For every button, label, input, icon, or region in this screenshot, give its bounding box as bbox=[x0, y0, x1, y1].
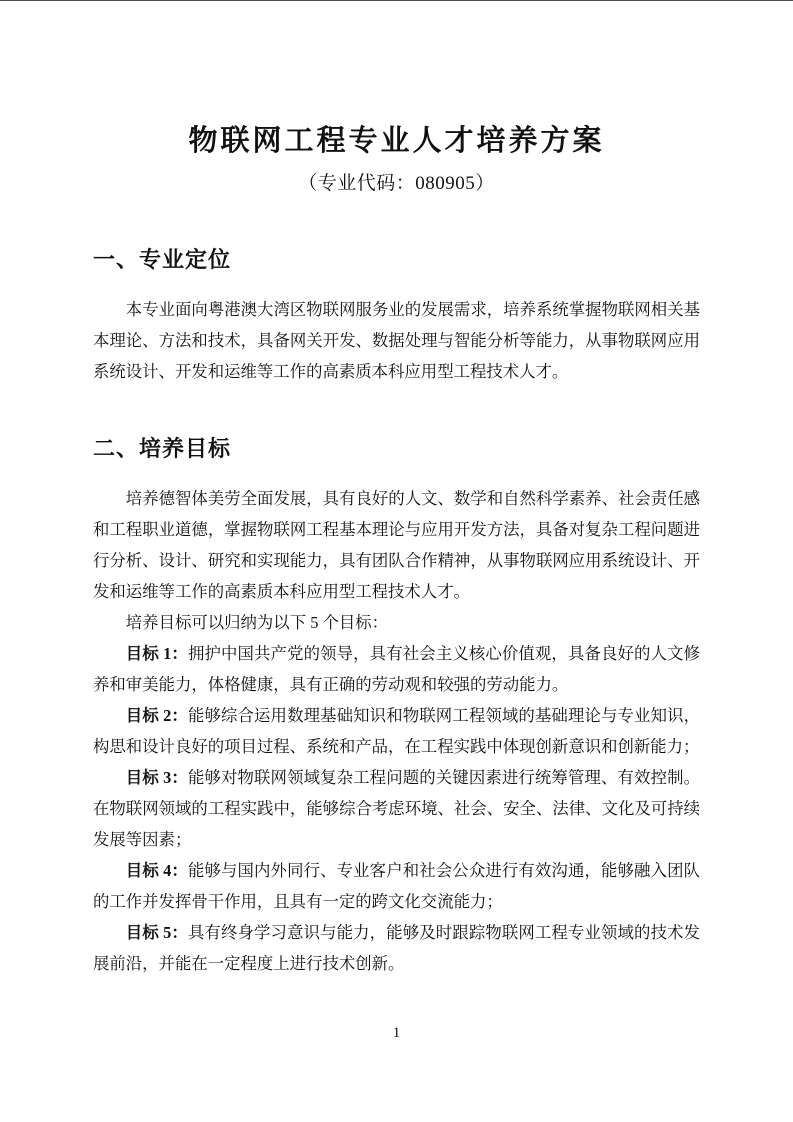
goal-5-label: 目标 5： bbox=[126, 923, 188, 942]
document-subtitle: （专业代码：080905） bbox=[93, 170, 700, 198]
paragraph-objectives-body: 培养德智体美劳全面发展，具有良好的人文、数学和自然科学素养、社会责任感和工程职业… bbox=[93, 483, 700, 607]
goal-item-1: 目标 1：拥护中国共产党的领导，具有社会主义核心价值观，具备良好的人文修养和审美… bbox=[93, 638, 700, 700]
section-heading-objectives: 二、培养目标 bbox=[93, 433, 700, 465]
paragraph-position-body: 本专业面向粤港澳大湾区物联网服务业的发展需求，培养系统掌握物联网相关基本理论、方… bbox=[93, 294, 700, 387]
document-page: 物联网工程专业人才培养方案 （专业代码：080905） 一、专业定位 本专业面向… bbox=[0, 0, 793, 1122]
goal-1-label: 目标 1： bbox=[126, 644, 188, 663]
goal-2-label: 目标 2： bbox=[126, 706, 188, 725]
goal-item-4: 目标 4：能够与国内外同行、专业客户和社会公众进行有效沟通，能够融入团队的工作并… bbox=[93, 855, 700, 917]
document-title: 物联网工程专业人才培养方案 bbox=[93, 120, 700, 163]
goal-4-label: 目标 4： bbox=[126, 861, 188, 880]
goal-3-label: 目标 3： bbox=[126, 768, 188, 787]
goal-item-5: 目标 5：具有终身学习意识与能力，能够及时跟踪物联网工程专业领域的技术发展前沿，… bbox=[93, 917, 700, 979]
section-heading-position: 一、专业定位 bbox=[93, 244, 700, 276]
page-number: 1 bbox=[0, 1023, 793, 1043]
goal-item-2: 目标 2：能够综合运用数理基础知识和物联网工程领域的基础理论与专业知识，构思和设… bbox=[93, 700, 700, 762]
goal-item-3: 目标 3：能够对物联网领域复杂工程问题的关键因素进行统筹管理、有效控制。在物联网… bbox=[93, 762, 700, 855]
paragraph-objectives-intro: 培养目标可以归纳为以下 5 个目标： bbox=[93, 607, 700, 638]
